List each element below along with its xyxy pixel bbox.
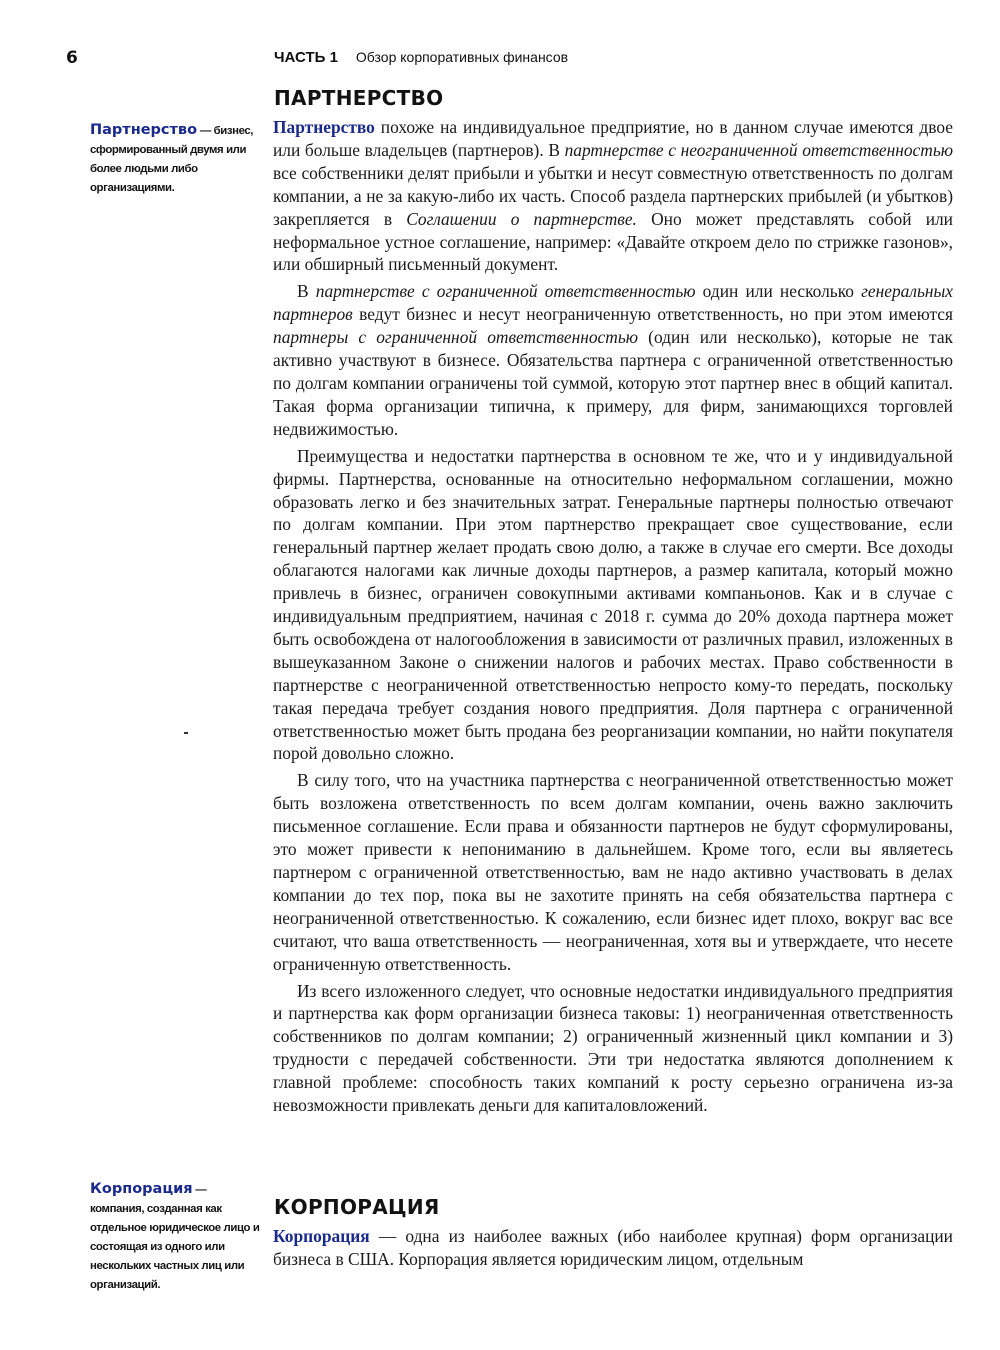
term-highlight: Корпорация bbox=[273, 1226, 370, 1246]
italic-term: партнеры с ограниченной ответственностью bbox=[273, 327, 638, 347]
paragraph: Из всего изложенного следует, что основн… bbox=[273, 980, 953, 1117]
scan-artifact bbox=[184, 732, 188, 734]
italic-term: партнерстве с ограниченной ответственнос… bbox=[316, 281, 696, 301]
paragraph: Партнерство похоже на индивидуальное пре… bbox=[273, 116, 953, 276]
text-run: один или несколько bbox=[696, 281, 862, 301]
paragraph: Корпорация — одна из наиболее важных (иб… bbox=[273, 1225, 953, 1271]
text-run: В bbox=[297, 281, 316, 301]
margin-note-definition: — компания, созданная как отдельное юрид… bbox=[90, 1184, 259, 1291]
text-run: — одна из наиболее важных (ибо наиболее … bbox=[273, 1226, 953, 1269]
section-body-partnership: Партнерство похоже на индивидуальное пре… bbox=[273, 116, 953, 1121]
italic-term: партнерстве с неограниченной ответственн… bbox=[565, 140, 953, 160]
paragraph: В силу того, что на участника партнерств… bbox=[273, 769, 953, 975]
margin-note-term: Корпорация bbox=[90, 1181, 193, 1197]
page-number: 6 bbox=[66, 48, 78, 68]
italic-term: Соглашении о партнерстве. bbox=[406, 209, 637, 229]
running-head: ЧАСТЬ 1Обзор корпоративных финансов bbox=[274, 49, 568, 66]
margin-note-term: Партнерство bbox=[90, 122, 197, 138]
part-label: ЧАСТЬ 1 bbox=[274, 49, 338, 66]
term-highlight: Партнерство bbox=[273, 117, 375, 137]
section-title-corporation: КОРПОРАЦИЯ bbox=[274, 1195, 440, 1219]
paragraph: Преимущества и недостатки партнерства в … bbox=[273, 445, 953, 766]
margin-note-corporation: Корпорация — компания, созданная как отд… bbox=[90, 1180, 262, 1295]
section-body-corporation: Корпорация — одна из наиболее важных (иб… bbox=[273, 1225, 953, 1275]
paragraph: В партнерстве с ограниченной ответственн… bbox=[273, 280, 953, 440]
margin-note-partnership: Партнерство — бизнес, сформированный дву… bbox=[90, 121, 262, 198]
part-title: Обзор корпоративных финансов bbox=[356, 49, 568, 65]
section-title-partnership: ПАРТНЕРСТВО bbox=[274, 86, 443, 110]
text-run: ведут бизнес и несут неограниченную отве… bbox=[353, 304, 953, 324]
